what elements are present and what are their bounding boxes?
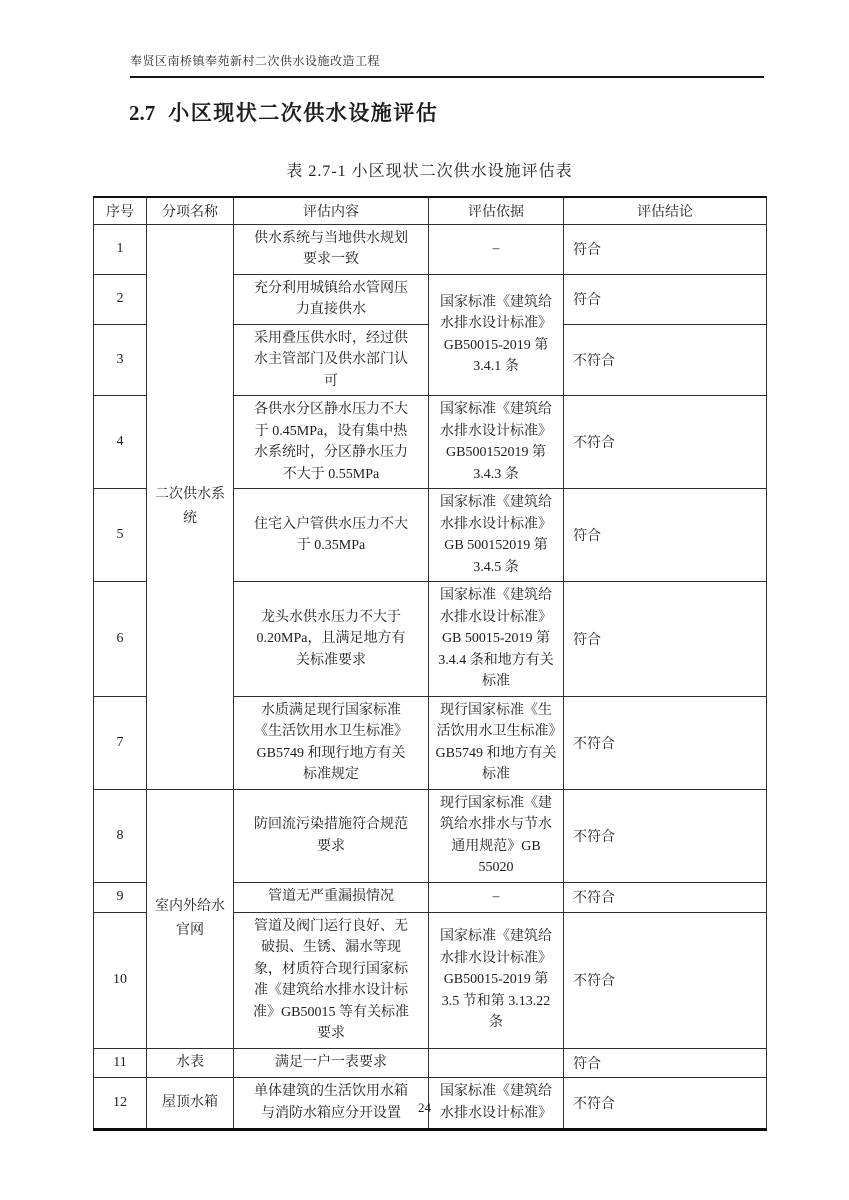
cell-item-group-indoor-outdoor-pipes: 室内外给水官网	[147, 789, 234, 1048]
cell-basis: 国家标准《建筑给水排水设计标准》GB500152019 第 3.4.3 条	[429, 396, 564, 489]
cell-conclusion: 符合	[564, 489, 767, 582]
cell-basis: –	[429, 882, 564, 912]
cell-conclusion: 不符合	[564, 789, 767, 882]
cell-serial: 3	[94, 324, 147, 396]
cell-conclusion: 不符合	[564, 324, 767, 396]
section-heading: 2.7小区现状二次供水设施评估	[129, 97, 438, 127]
column-header-item-name: 分项名称	[147, 197, 234, 224]
cell-basis: –	[429, 224, 564, 274]
cell-serial: 11	[94, 1048, 147, 1077]
cell-conclusion: 符合	[564, 274, 767, 324]
cell-basis: 现行国家标准《建筑给水排水与节水通用规范》GB 55020	[429, 789, 564, 882]
cell-serial: 4	[94, 396, 147, 489]
cell-content: 管道及阀门运行良好、无破损、生锈、漏水等现象，材质符合现行国家标准《建筑给水排水…	[234, 912, 429, 1048]
table-row: 11 水表 满足一户一表要求 符合	[94, 1048, 767, 1077]
cell-content: 管道无严重漏损情况	[234, 882, 429, 912]
cell-serial: 2	[94, 274, 147, 324]
table-row: 1 二次供水系统 供水系统与当地供水规划要求一致 – 符合	[94, 224, 767, 274]
section-heading-number: 2.7	[129, 101, 155, 125]
document-page: 奉贤区南桥镇奉苑新村二次供水设施改造工程 2.7小区现状二次供水设施评估 表 2…	[0, 0, 849, 1200]
cell-content: 水质满足现行国家标准《生活饮用水卫生标准》GB5749 和现行地方有关标准规定	[234, 696, 429, 789]
cell-serial: 5	[94, 489, 147, 582]
cell-content: 住宅入户管供水压力不大于 0.35MPa	[234, 489, 429, 582]
cell-conclusion: 符合	[564, 224, 767, 274]
cell-serial: 9	[94, 882, 147, 912]
cell-content: 充分利用城镇给水管网压力直接供水	[234, 274, 429, 324]
cell-basis: 国家标准《建筑给水排水设计标准》GB50015-2019 第 3.4.1 条	[429, 274, 564, 396]
cell-content: 龙头水供水压力不大于 0.20MPa，且满足地方有关标准要求	[234, 582, 429, 697]
cell-conclusion: 不符合	[564, 882, 767, 912]
cell-conclusion: 不符合	[564, 696, 767, 789]
cell-content: 满足一户一表要求	[234, 1048, 429, 1077]
section-heading-title: 小区现状二次供水设施评估	[168, 101, 438, 125]
cell-serial: 1	[94, 224, 147, 274]
table-row: 8 室内外给水官网 防回流污染措施符合规范要求 现行国家标准《建筑给水排水与节水…	[94, 789, 767, 882]
cell-conclusion: 符合	[564, 1048, 767, 1077]
cell-serial: 6	[94, 582, 147, 697]
column-header-conclusion: 评估结论	[564, 197, 767, 224]
cell-item-group-secondary-supply-system: 二次供水系统	[147, 224, 234, 789]
column-header-content: 评估内容	[234, 197, 429, 224]
cell-serial: 10	[94, 912, 147, 1048]
column-header-serial: 序号	[94, 197, 147, 224]
cell-basis: 现行国家标准《生活饮用水卫生标准》GB5749 和地方有关标准	[429, 696, 564, 789]
cell-conclusion: 不符合	[564, 912, 767, 1048]
evaluation-table: 序号 分项名称 评估内容 评估依据 评估结论 1 二次供水系统 供水系统与当地供…	[93, 196, 767, 1131]
cell-basis: 国家标准《建筑给水排水设计标准》GB50015-2019 第 3.5 节和第 3…	[429, 912, 564, 1048]
page-number: 24	[0, 1100, 849, 1116]
cell-conclusion: 不符合	[564, 396, 767, 489]
cell-basis: 国家标准《建筑给水排水设计标准》GB 50015-2019 第 3.4.4 条和…	[429, 582, 564, 697]
cell-item-group-water-meter: 水表	[147, 1048, 234, 1077]
table-caption: 表 2.7-1 小区现状二次供水设施评估表	[93, 158, 766, 181]
table-header-row: 序号 分项名称 评估内容 评估依据 评估结论	[94, 197, 767, 224]
cell-content: 各供水分区静水压力不大于 0.45MPa，设有集中热水系统时，分区静水压力不大于…	[234, 396, 429, 489]
column-header-basis: 评估依据	[429, 197, 564, 224]
cell-basis	[429, 1048, 564, 1077]
cell-serial: 8	[94, 789, 147, 882]
cell-content: 供水系统与当地供水规划要求一致	[234, 224, 429, 274]
cell-serial: 7	[94, 696, 147, 789]
cell-basis: 国家标准《建筑给水排水设计标准》GB 500152019 第 3.4.5 条	[429, 489, 564, 582]
cell-conclusion: 符合	[564, 582, 767, 697]
cell-content: 防回流污染措施符合规范要求	[234, 789, 429, 882]
running-header: 奉贤区南桥镇奉苑新村二次供水设施改造工程	[130, 52, 764, 78]
cell-content: 采用叠压供水时，经过供水主管部门及供水部门认可	[234, 324, 429, 396]
